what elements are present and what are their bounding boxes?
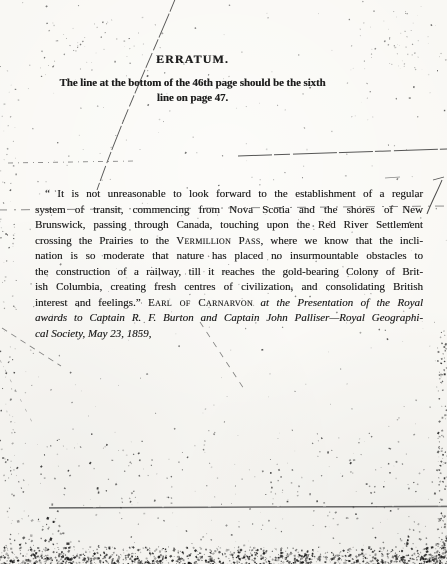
erratum-note-line-2: line on page 47.	[27, 91, 358, 106]
quote-line-2: system of transit, commencing from Nova …	[35, 203, 423, 219]
quote-line-1: “ It is not unreasonable to look forward…	[35, 187, 423, 203]
quote-line-10: cal Society, May 23, 1859,	[35, 327, 423, 343]
scanned-document-page: ERRATUM. The line at the bottom of the 4…	[0, 0, 447, 564]
text-layer: ERRATUM. The line at the bottom of the 4…	[0, 0, 447, 564]
erratum-note: The line at the bottom of the 46th page …	[27, 76, 358, 106]
quote-line-8: interest and feelings.” Earl of Carnarvo…	[35, 296, 423, 312]
quotation-paragraph: “ It is not unreasonable to look forward…	[35, 187, 423, 342]
quote-line-9: awards to Captain R. F. Burton and Capta…	[35, 311, 423, 327]
erratum-note-line-1: The line at the bottom of the 46th page …	[27, 76, 358, 91]
quote-line-4: crossing the Prairies to the Vermillion …	[35, 234, 423, 250]
quote-line-7: ish Columbia, creating fresh centres of …	[35, 280, 423, 296]
quote-line-5: nation is so moderate that nature has pl…	[35, 249, 423, 265]
quote-line-6: the construction of a railway, till it r…	[35, 265, 423, 281]
quote-line-3: Brunswick, passing through Canada, touch…	[35, 218, 423, 234]
erratum-heading: ERRATUM.	[27, 52, 358, 67]
